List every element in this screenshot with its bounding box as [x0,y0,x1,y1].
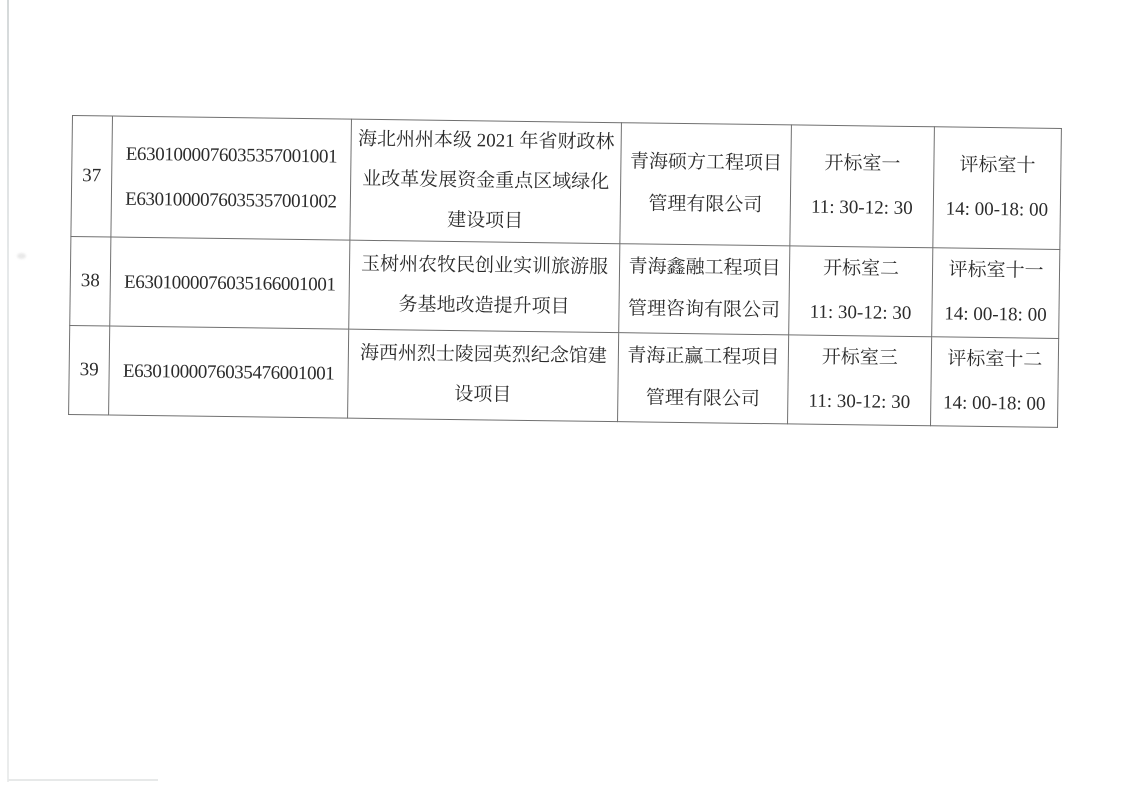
bid-evaluation-room: 评标室十 [938,143,1057,189]
project-code-cell: E6301000076035357001001 E630100007603535… [111,116,352,240]
project-name-cell: 海北州州本级 2021 年省财政林 业改革发展资金重点区域绿化 建设项目 [350,119,622,244]
bid-opening-cell: 开标室三 11: 30-12: 30 [788,335,932,426]
table-row: 37 E6301000076035357001001 E630100007603… [71,116,1061,250]
bid-evaluation-time: 14: 00-18: 00 [935,381,1054,427]
bid-opening-cell: 开标室一 11: 30-12: 30 [790,125,935,248]
bid-evaluation-cell: 评标室十二 14: 00-18: 00 [931,337,1059,428]
bid-opening-time: 11: 30-12: 30 [795,185,930,231]
project-code-cell: E6301000076035476001001 [109,326,349,418]
agency-cell: 青海正赢工程项目 管理有限公司 [618,333,789,424]
agency-cell: 青海硕方工程项目 管理有限公司 [620,123,792,246]
project-name-cell: 玉树州农牧民创业实训旅游服 务基地改造提升项目 [349,240,620,333]
bid-opening-cell: 开标室二 11: 30-12: 30 [789,246,933,337]
agency-cell: 青海鑫融工程项目 管理咨询有限公司 [619,244,790,335]
bid-opening-time: 11: 30-12: 30 [792,379,927,425]
table-row: 39 E6301000076035476001001 海西州烈士陵园英烈纪念馆建… [69,325,1059,427]
bid-evaluation-cell: 评标室十一 14: 00-18: 00 [932,248,1060,339]
bid-evaluation-time: 14: 00-18: 00 [938,187,1057,233]
bid-evaluation-time: 14: 00-18: 00 [936,292,1055,338]
project-name-cell: 海西州烈士陵园英烈纪念馆建 设项目 [348,329,619,422]
bid-opening-room: 开标室一 [795,141,930,187]
row-number-cell: 38 [70,236,111,326]
bid-evaluation-room: 评标室十二 [936,337,1055,383]
bid-opening-room: 开标室三 [793,335,928,381]
row-number-cell: 39 [69,325,110,415]
table-row: 38 E6301000076035166001001 玉树州农牧民创业实训旅游服… [70,236,1060,338]
scan-paper-left-edge [7,0,9,782]
bid-opening-time: 11: 30-12: 30 [793,290,928,336]
document-page: 37 E6301000076035357001001 E630100007603… [0,0,1121,793]
bid-evaluation-room: 评标室十一 [937,248,1056,294]
scan-paper-bottom-edge [8,779,158,781]
scan-smudge [17,253,26,259]
schedule-table: 37 E6301000076035357001001 E630100007603… [68,115,1062,428]
bid-opening-room: 开标室二 [794,246,929,292]
row-number-cell: 37 [71,116,113,238]
project-code-cell: E6301000076035166001001 [110,237,350,329]
schedule-table-wrap: 37 E6301000076035357001001 E630100007603… [68,115,1062,428]
bid-evaluation-cell: 评标室十 14: 00-18: 00 [933,127,1062,250]
